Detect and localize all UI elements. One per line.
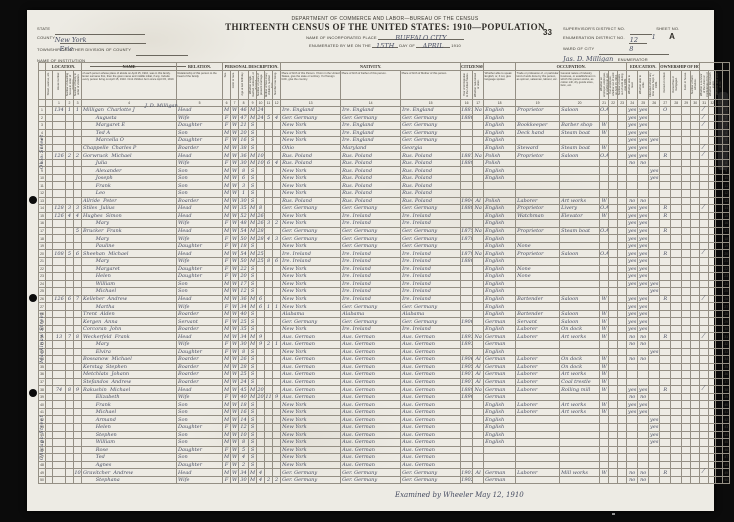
cell-c: W [231,288,239,296]
cell-ind: Saloon [560,318,600,326]
cell-m: S [249,137,257,145]
cell-street [46,129,53,137]
cell-blind [709,333,716,341]
cell-vet [700,242,709,250]
cell-home [660,114,671,122]
cell-age: 35 [239,325,249,333]
cell-ind: Steam boat [560,129,600,137]
cell-imm [461,212,473,220]
cell-pob: Aus. German [281,393,341,401]
cell-sex: M [223,431,231,439]
cell-pm: Aus. German [401,356,461,364]
cell-home [660,393,671,401]
cell-ln2: 18 [723,235,730,243]
cell-imm [461,182,473,190]
census-row: 40 FrankSonMW18SNew YorkAus. GermanAus. … [39,401,730,409]
cell-m: M [249,220,257,228]
cell-nat [473,129,484,137]
cell-emp: W [600,295,609,303]
census-row: 30Corcoran JohnBoarderMW35SNew YorkIre. … [39,325,730,333]
cell-vet [700,152,709,160]
cell-emp [600,431,609,439]
cell-yrs: 25 [257,257,265,265]
cell-emp: W [600,310,609,318]
cell-pf: Aus. German [341,363,401,371]
cell-home [660,371,671,379]
cell-read [627,174,638,182]
cell-emp: W [600,129,609,137]
cell-sch: yes [649,439,660,447]
cell-h [53,416,66,424]
cell-wr: yes [638,280,649,288]
cell-vet [700,469,709,477]
cell-age: 52 [239,212,249,220]
cell-dw [66,273,74,281]
cell-m: M [249,257,257,265]
cell-mort [671,129,682,137]
cell-age: 4 [239,454,249,462]
cell-blind [709,114,716,122]
cell-emp: W [600,144,609,152]
cell-imm: 1889 [461,159,473,167]
cell-yrs [257,242,265,250]
cell-sched [691,167,700,175]
cell-oow [609,235,618,243]
cell-ln2: 26 [723,295,730,303]
cell-m: S [249,318,257,326]
cell-occ [516,257,560,265]
cell-name: Ted A [82,129,177,137]
cell-wks [618,371,627,379]
cell-sex: M [223,167,231,175]
cell-h [53,144,66,152]
cell-sex: F [223,423,231,431]
cell-nat: Al [473,378,484,386]
cell-imm [461,401,473,409]
cell-m: S [249,431,257,439]
column-number: 18 [484,100,516,107]
cell-f: 10 [74,469,82,477]
cell-pob: Ire. Ireland [281,257,341,265]
cell-cb [265,378,273,386]
cell-ln2: 44 [723,431,730,439]
cell-name: Chappelle Charles P [82,144,177,152]
cell-nat [473,446,484,454]
cell-mort [671,423,682,431]
cell-mort [671,318,682,326]
cell-m: S [249,310,257,318]
cell-wr: yes [638,114,649,122]
cell-m: S [249,439,257,447]
cell-ln2: 6 [723,144,730,152]
cell-rel: Son [177,454,223,462]
cell-oow [609,386,618,394]
census-sheet-paper: State New York County Erie Township or o… [27,10,714,511]
cell-wks [618,476,627,484]
cell-nat [473,280,484,288]
cell-pob: New York [281,280,341,288]
cell-ln2: 47 [723,454,730,462]
cell-h [53,273,66,281]
cell-pf: Aus. German [341,439,401,447]
cell-sched [691,446,700,454]
cell-age: 12 [239,288,249,296]
cell-cb [265,242,273,250]
cell-pm: Rus. Poland [401,152,461,160]
cell-f [74,303,82,311]
cell-emp [600,257,609,265]
cell-pf: Ger. Germany [341,235,401,243]
cell-vet [700,363,709,371]
cell-mort [671,257,682,265]
census-table-wrap: LOCATION.NAMERELATION.PERSONAL DESCRIPTI… [38,62,730,484]
census-row: 45 WilliamSonMW8SNew YorkAus. GermanAus.… [39,439,730,447]
cell-home [660,273,671,281]
cell-name: Pauline [82,242,177,250]
cell-blind [709,167,716,175]
cell-occ: Laborer [516,363,560,371]
cell-name: Ted [82,454,177,462]
cell-pf: Ire. England [341,129,401,137]
cell-yrs [257,401,265,409]
cell-pf: Rus. Poland [341,174,401,182]
cell-mort [671,325,682,333]
cell-deaf [716,220,723,228]
cell-read: yes [627,122,638,130]
cell-dw: 7 [66,333,74,341]
column-number: 16 [461,100,473,107]
cell-imm: 1906 [461,356,473,364]
cell-read: yes [627,220,638,228]
cell-ln2: 30 [723,325,730,333]
cell-pm: Aus. German [401,393,461,401]
cell-age: 2 [239,461,249,469]
cell-occ: Bookkeeper [516,122,560,130]
cell-farm [682,107,691,115]
cell-yrs [257,280,265,288]
column-number: 31 [700,100,709,107]
cell-sched [691,235,700,243]
cell-f [74,144,82,152]
cell-m: S [249,371,257,379]
cell-f [74,129,82,137]
cell-vet [700,273,709,281]
cell-wr: yes [638,318,649,326]
cell-ind [560,431,600,439]
cell-wks [618,325,627,333]
cell-wks [618,107,627,115]
column-description: Place of birth of this Person. If born i… [281,71,341,100]
cell-read: yes [627,144,638,152]
cell-f [74,416,82,424]
column-description: Owned free or mortgaged. [671,71,682,100]
column-number: 17 [473,100,484,107]
cell-sex: F [223,220,231,228]
column-number: 15 [401,100,461,107]
cell-home [660,416,671,424]
cell-street [46,408,53,416]
column-number: 3 [74,100,82,107]
cell-occ: Laborer [516,386,560,394]
cell-sex: F [223,273,231,281]
cell-dw: 1 [66,107,74,115]
census-row: 33 ElviraDaughterFW8SNew YorkAus. German… [39,348,730,356]
cell-ln: 18 [39,235,46,243]
cell-f: 6 [74,250,82,258]
cell-pob: New York [281,167,341,175]
cell-read [627,288,638,296]
column-description: Number of farm schedule. [691,71,700,100]
cell-ind: Saloon [560,152,600,160]
cell-pm: Ire. England [401,107,461,115]
cell-emp: W [600,401,609,409]
cell-pm: Aus. German [401,408,461,416]
cell-name: Martha [82,303,177,311]
cell-vet [700,227,709,235]
cell-occ [516,137,560,145]
cell-vet [700,423,709,431]
cell-rel: Son [177,129,223,137]
cell-age: 18 [239,242,249,250]
cell-blind [709,393,716,401]
check-mark: ⁄ [703,204,704,211]
cell-lang: English [484,227,516,235]
cell-lang: English [484,303,516,311]
cell-home [660,235,671,243]
cell-wks [618,280,627,288]
cell-m: S [249,122,257,130]
cell-pf: Ger. Germany [341,227,401,235]
cell-ind [560,454,600,462]
cell-oow [609,340,618,348]
cell-imm [461,295,473,303]
cell-read: yes [627,408,638,416]
cell-rel: Head [177,227,223,235]
cell-read: yes [627,114,638,122]
cell-street [46,454,53,462]
cell-cb [265,431,273,439]
cell-ind: On dock [560,325,600,333]
cell-blind [709,423,716,431]
cell-pf: Aus. German [341,348,401,356]
cell-farm [682,476,691,484]
cell-ln: 22 [39,265,46,273]
cell-emp [600,114,609,122]
cell-h [53,227,66,235]
cell-ind [560,220,600,228]
cell-ind: Livery [560,205,600,213]
cell-mort [671,408,682,416]
cell-home [660,325,671,333]
cell-pob: New York [281,454,341,462]
cell-ln2: 48 [723,461,730,469]
column-description [723,71,730,100]
cell-yrs [257,416,265,424]
cell-wr [638,423,649,431]
cell-sch [649,152,660,160]
cell-cl [273,310,281,318]
cell-cl [273,280,281,288]
cell-imm: 1879 [461,250,473,258]
cell-farm [682,454,691,462]
census-row: 9 AlexanderSonMW8SNew YorkRus. PolandRus… [39,167,730,175]
cell-ln2: 23 [723,273,730,281]
cell-cb [265,401,273,409]
cell-vet [700,212,709,220]
cell-read: yes [627,386,638,394]
cell-cb [265,197,273,205]
column-number: 9 [249,100,257,107]
cell-m: S [249,288,257,296]
census-row: 16 MaryWifeFW48M2632New YorkIre. Ireland… [39,220,730,228]
cell-ind [560,137,600,145]
cell-sched [691,454,700,462]
cell-sch [649,303,660,311]
cell-mort [671,144,682,152]
column-description: Number of family in order of visitation. [74,71,82,100]
cell-ln2: 31 [723,333,730,341]
cell-c: W [231,295,239,303]
cell-street [46,386,53,394]
cell-farm [682,257,691,265]
cell-cb: 1 [265,303,273,311]
cell-dw [66,174,74,182]
cell-cl [273,363,281,371]
cell-ind [560,348,600,356]
cell-street [46,416,53,424]
cell-sch [649,114,660,122]
cell-home: R [660,205,671,213]
cell-h: 13 [53,333,66,341]
cell-f: 3 [74,205,82,213]
cell-street [46,378,53,386]
cell-blind [709,378,716,386]
cell-street [46,167,53,175]
cell-pob: New York [281,461,341,469]
cell-read [627,348,638,356]
cell-pf: Rus. Poland [341,167,401,175]
cell-lang: English [484,250,516,258]
cell-sch [649,144,660,152]
cell-imm [461,144,473,152]
column-description: Whether able to write. [638,71,649,100]
census-row: 24 WilliamSonMW17SNew YorkIre. IrelandIr… [39,280,730,288]
cell-wks [618,182,627,190]
cell-m: M [249,227,257,235]
cell-f [74,348,82,356]
cell-ind: Art works [560,197,600,205]
cell-vet [700,205,709,213]
cell-sched [691,431,700,439]
cell-mort [671,371,682,379]
cell-sched [691,197,700,205]
cell-nat: Na [473,227,484,235]
cell-f [74,340,82,348]
cell-emp: W [600,363,609,371]
cell-age: 8 [239,348,249,356]
cell-pf: Ger. Germany [341,318,401,326]
cell-sex: M [223,129,231,137]
cell-dw [66,363,74,371]
cell-street [46,152,53,160]
cell-ln2: 36 [723,371,730,379]
cell-emp [600,280,609,288]
cell-c: W [231,401,239,409]
cell-pob: Rus. Poland [281,152,341,160]
cell-mort [671,461,682,469]
cell-home [660,288,671,296]
cell-wr: yes [638,242,649,250]
cell-sch [649,122,660,130]
cell-sched [691,340,700,348]
cell-yrs [257,431,265,439]
cell-m: S [249,197,257,205]
enumerated-label: Enumerated by me on the [309,43,371,48]
cell-pob: Ger. Germany [281,469,341,477]
cell-yrs: 9 [257,333,265,341]
cell-sch [649,235,660,243]
cell-cb [265,469,273,477]
group-header: OCCUPATION. [516,63,627,71]
cell-nat: Al [473,356,484,364]
column-description: Whether an employer, employee, or workin… [600,71,609,100]
cell-emp: O.A. [600,227,609,235]
cell-sched [691,408,700,416]
cell-cl [273,378,281,386]
cell-name: Helen [82,423,177,431]
cell-ind: Art works [560,401,600,409]
cell-home: R [660,227,671,235]
cell-ind [560,416,600,424]
cell-pm: Ire. Ireland [401,220,461,228]
cell-nat [473,423,484,431]
cell-ind [560,273,600,281]
cell-c: W [231,122,239,130]
cell-pf: Ger. Germany [341,476,401,484]
cell-rel: Daughter [177,122,223,130]
cell-ind: Art works [560,371,600,379]
cell-farm [682,137,691,145]
cell-ind [560,439,600,447]
cell-pob: Ire. Ireland [281,250,341,258]
cell-wr [638,461,649,469]
cell-rel: Head [177,469,223,477]
cell-sched [691,227,700,235]
cell-read [627,182,638,190]
cell-ind [560,242,600,250]
cell-sex: M [223,144,231,152]
cell-nat [473,303,484,311]
cell-m: S [249,401,257,409]
cell-sch [649,205,660,213]
cell-name: William [82,280,177,288]
cell-age: 5 [239,446,249,454]
cell-rel: Head [177,333,223,341]
cell-m: S [249,348,257,356]
cell-sex: F [223,303,231,311]
cell-oow [609,114,618,122]
cell-h [53,235,66,243]
cell-ln2: 22 [723,265,730,273]
cell-lang: English [484,401,516,409]
cell-cl [273,197,281,205]
cell-dw [66,423,74,431]
census-row: 21 MaryWifeFW50M2586Ire. IrelandIre. Ire… [39,257,730,265]
cell-lang: German [484,333,516,341]
cell-sex: M [223,356,231,364]
cell-wks [618,356,627,364]
cell-pob: New York [281,129,341,137]
